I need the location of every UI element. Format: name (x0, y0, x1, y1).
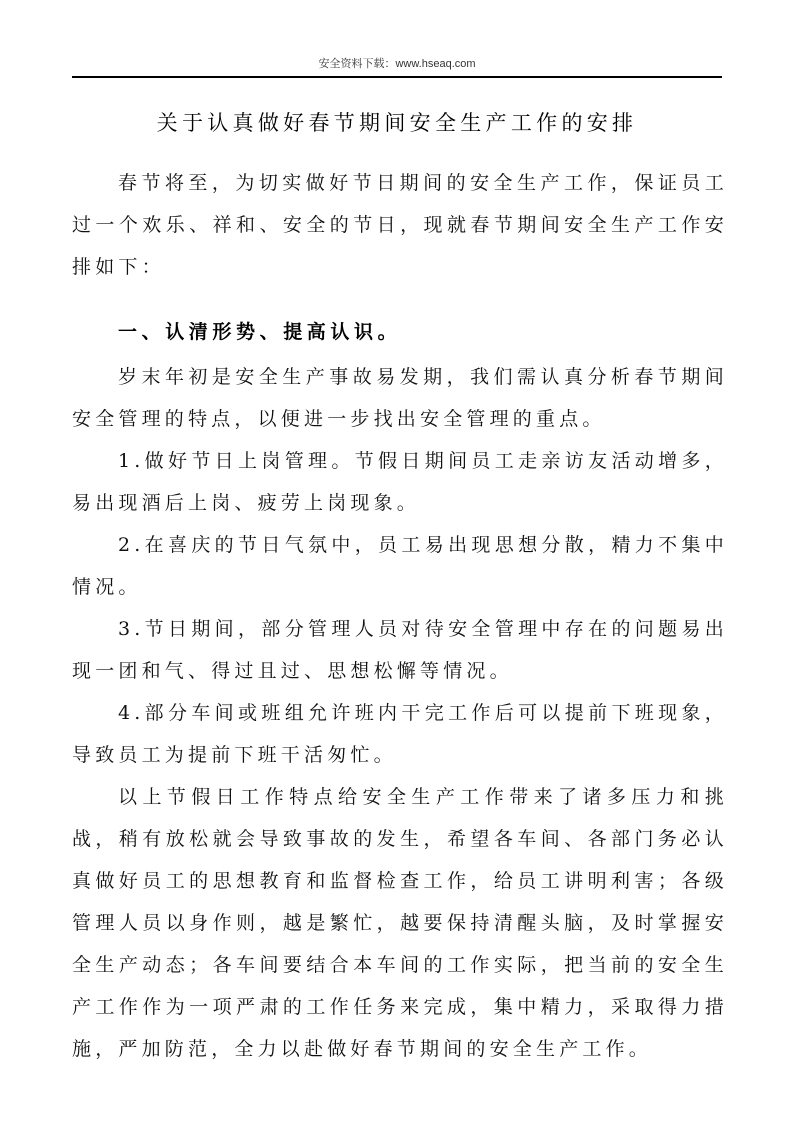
document-body: 春节将至，为切实做好节日期间的安全生产工作，保证员工过一个欢乐、祥和、安全的节日… (72, 162, 728, 1070)
document-title: 关于认真做好春节期间安全生产工作的安排 (72, 106, 722, 140)
list-item-4: 4.部分车间或班组允许班内干完工作后可以提前下班现象，导致员工为提前下班干活匆忙… (72, 692, 728, 776)
header-source-text: 安全资料下载：www.hseaq.com (318, 58, 475, 70)
body-paragraph: 岁末年初是安全生产事故易发期，我们需认真分析春节期间安全管理的特点，以便进一步找… (72, 356, 728, 440)
section-heading: 一、认清形势、提高认识。 (72, 311, 728, 353)
intro-paragraph: 春节将至，为切实做好节日期间的安全生产工作，保证员工过一个欢乐、祥和、安全的节日… (72, 162, 728, 288)
section-1: 一、认清形势、提高认识。 岁末年初是安全生产事故易发期，我们需认真分析春节期间安… (72, 311, 728, 1070)
page-header: 安全资料下载：www.hseaq.com (72, 52, 722, 78)
list-item-2: 2.在喜庆的节日气氛中，员工易出现思想分散，精力不集中情况。 (72, 524, 728, 608)
list-item-3: 3.节日期间，部分管理人员对待安全管理中存在的问题易出现一团和气、得过且过、思想… (72, 608, 728, 692)
list-item-1: 1.做好节日上岗管理。节假日期间员工走亲访友活动增多，易出现酒后上岗、疲劳上岗现… (72, 440, 728, 524)
summary-paragraph: 以上节假日工作特点给安全生产工作带来了诸多压力和挑战，稍有放松就会导致事故的发生… (72, 776, 728, 1070)
